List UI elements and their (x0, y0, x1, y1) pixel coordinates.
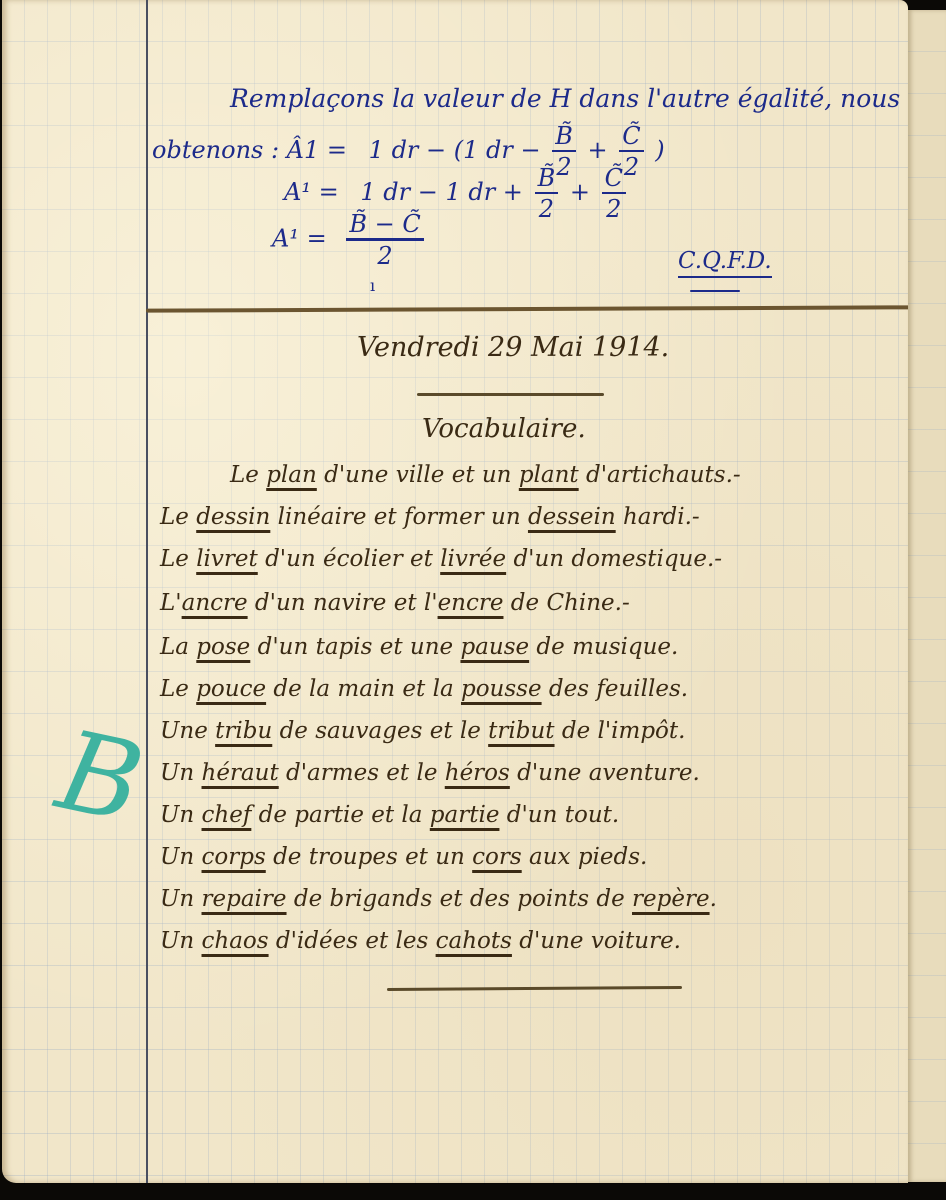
section-divider (146, 305, 912, 312)
vocab-text: de partie et la (251, 802, 429, 828)
vocab-term: cahots (436, 928, 512, 954)
vocab-line: Une tribu de sauvages et le tribut de l'… (160, 718, 685, 744)
vocab-text: de troupes et un (266, 844, 472, 870)
lesson-date: Vendredi 29 Mai 1914. (357, 332, 669, 363)
lesson-heading: Vocabulaire. (422, 414, 586, 444)
vocab-line: Le pouce de la main et la pousse des feu… (160, 676, 688, 702)
vocab-term: ancre (182, 590, 248, 616)
vocab-text: Le (160, 546, 196, 572)
fraction-numerator: B̃ (535, 166, 559, 194)
vocab-term: pose (196, 634, 250, 660)
vocab-term: repaire (202, 886, 287, 912)
vocab-term: pouce (196, 676, 266, 702)
vocab-line: Le dessin linéaire et former un dessein … (160, 504, 700, 530)
vocab-term: corps (202, 844, 266, 870)
fraction-c-over-2: C̃2 (602, 166, 626, 221)
qed-underline (690, 290, 740, 292)
closing-rule (387, 986, 682, 991)
vocab-text: L' (160, 590, 182, 616)
vocab-text: d'un tout. (499, 802, 619, 828)
vocab-text: Un (160, 802, 202, 828)
fraction-numerator: C̃ (619, 124, 643, 152)
vocab-term: pause (460, 634, 529, 660)
vocab-term: tribut (488, 718, 554, 744)
vocab-text: d'un tapis et une (250, 634, 460, 660)
vocab-line: Un repaire de brigands et des points de … (160, 886, 717, 912)
math-line-1-lhs: obtenons : Â1 = (152, 136, 347, 164)
math-line-3: A¹ = B̃ − C̃2 (272, 212, 428, 268)
margin-line (146, 0, 148, 1183)
math-line-1-expr: 1 dr − (1 dr − (369, 136, 541, 164)
fraction-denominator: 2 (377, 241, 392, 268)
fraction-denominator: 2 (606, 194, 621, 221)
result-fraction: B̃ − C̃2 (346, 212, 423, 268)
vocab-term: héros (445, 760, 510, 786)
vocab-line: La pose d'un tapis et une pause de musiq… (160, 634, 678, 660)
vocab-term: pousse (461, 676, 542, 702)
vocab-term: héraut (202, 760, 279, 786)
vocab-text: Un (160, 886, 202, 912)
fraction-denominator: 2 (539, 194, 554, 221)
vocab-text: hardi.- (616, 504, 700, 530)
vocab-text: d'idées et les (269, 928, 436, 954)
vocab-term: dessin (196, 504, 270, 530)
vocab-text: Le (160, 676, 196, 702)
vocab-term: repère (632, 886, 710, 912)
vocab-term: plan (266, 462, 317, 488)
vocab-text: de Chine.- (503, 590, 629, 616)
fraction-b-over-2: B̃2 (535, 166, 559, 221)
vocab-text: d'un écolier et (258, 546, 440, 572)
vocab-text: d'un domestique.- (506, 546, 722, 572)
vocab-text: de la main et la (266, 676, 461, 702)
plus-sign: + (588, 136, 608, 164)
vocab-text: Un (160, 760, 202, 786)
math-line-2-lhs: A¹ = (284, 178, 339, 206)
math-intro-text: Remplaçons la valeur de H dans l'autre é… (230, 84, 900, 113)
margin-grade: B (49, 715, 151, 839)
vocab-text: aux pieds. (522, 844, 648, 870)
vocab-text: d'artichauts.- (579, 462, 741, 488)
fraction-numerator: B̃ (552, 124, 576, 152)
math-line-3-lhs: A¹ = (272, 225, 327, 253)
stray-mark: ı (370, 276, 375, 295)
vocab-term: chaos (202, 928, 269, 954)
notebook-page: Remplaçons la valeur de H dans l'autre é… (2, 0, 908, 1183)
vocab-text: Le (230, 462, 266, 488)
math-intro-line: Remplaçons la valeur de H dans l'autre é… (230, 84, 900, 113)
vocab-line: Un chef de partie et la partie d'un tout… (160, 802, 619, 828)
vocab-line: Un corps de troupes et un cors aux pieds… (160, 844, 647, 870)
vocab-text: Le (160, 504, 196, 530)
vocab-text: de sauvages et le (272, 718, 488, 744)
vocab-term: dessein (528, 504, 616, 530)
vocab-term: encre (438, 590, 504, 616)
vocab-text: Un (160, 844, 202, 870)
vocab-text: Une (160, 718, 215, 744)
vocab-line: L'ancre d'un navire et l'encre de Chine.… (160, 590, 630, 616)
fraction-numerator: C̃ (602, 166, 626, 194)
vocab-text: d'armes et le (279, 760, 445, 786)
vocab-text: linéaire et former un (270, 504, 528, 530)
vocab-text: . (710, 886, 717, 912)
next-page-edge (908, 10, 946, 1182)
vocab-term: livrée (440, 546, 506, 572)
fraction-numerator: B̃ − C̃ (346, 212, 423, 241)
vocab-line: Le plan d'une ville et un plant d'artich… (230, 462, 741, 488)
vocab-term: chef (202, 802, 252, 828)
plus-sign: + (570, 178, 590, 206)
vocab-text: de musique. (529, 634, 678, 660)
vocab-text: d'un navire et l' (248, 590, 438, 616)
vocab-text: des feuilles. (542, 676, 689, 702)
vocab-term: plant (519, 462, 579, 488)
vocab-text: de l'impôt. (555, 718, 686, 744)
vocab-text: Un (160, 928, 202, 954)
vocab-text: d'une ville et un (317, 462, 519, 488)
vocab-text: de brigands et des points de (287, 886, 632, 912)
vocab-text: d'une aventure. (510, 760, 700, 786)
qed-mark: C.Q.F.D. (678, 248, 772, 278)
vocab-line: Un héraut d'armes et le héros d'une aven… (160, 760, 700, 786)
math-line-2-expr: 1 dr − 1 dr + (360, 178, 523, 206)
vocab-term: livret (196, 546, 258, 572)
vocab-text: La (160, 634, 196, 660)
vocab-term: tribu (215, 718, 272, 744)
vocab-term: cors (472, 844, 522, 870)
vocab-term: partie (430, 802, 500, 828)
closing-paren: ) (655, 136, 664, 164)
vocab-line: Le livret d'un écolier et livrée d'un do… (160, 546, 722, 572)
vocab-line: Un chaos d'idées et les cahots d'une voi… (160, 928, 681, 954)
vocab-text: d'une voiture. (512, 928, 681, 954)
date-underline-rule (417, 393, 604, 396)
